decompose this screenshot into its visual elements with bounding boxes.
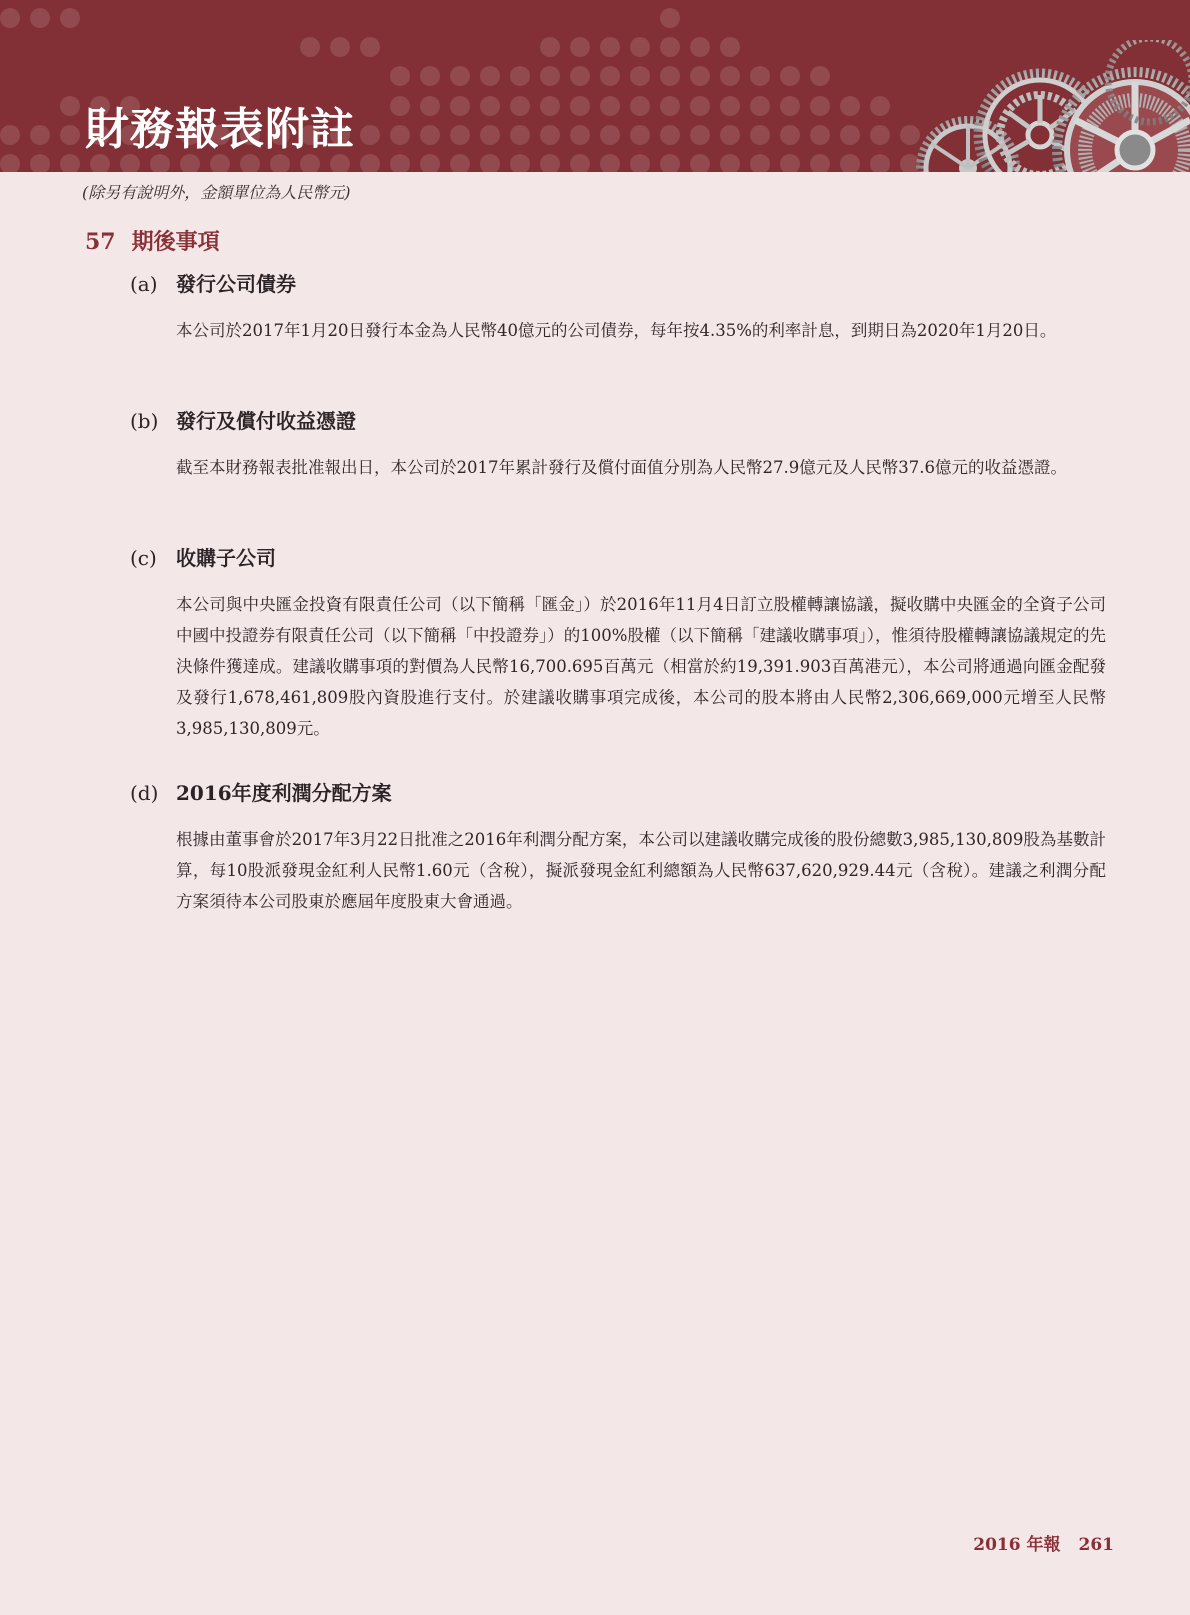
subsection-heading: (a) 發行公司債券 xyxy=(130,268,1110,297)
currency-unit-note: (除另有說明外，金額單位為人民幣元) xyxy=(82,180,351,203)
subsection-b: (b) 發行及償付收益憑證 截至本財務報表批准報出日，本公司於2017年累計發行… xyxy=(130,405,1110,483)
annual-report-label: 2016 年報 xyxy=(973,1535,1060,1555)
subsection-c: (c) 收購子公司 本公司與中央匯金投資有限責任公司（以下簡稱「匯金」）於201… xyxy=(130,542,1110,744)
subsection-body: 根據由董事會於2017年3月22日批准之2016年利潤分配方案，本公司以建議收購… xyxy=(176,824,1106,917)
subsection-a: (a) 發行公司債券 本公司於2017年1月20日發行本金為人民幣40億元的公司… xyxy=(130,268,1110,346)
subsection-title: 發行公司債券 xyxy=(176,268,296,297)
subsection-heading: (c) 收購子公司 xyxy=(130,542,1110,571)
subsection-label: (c) xyxy=(130,546,176,570)
subsection-heading: (d) 2016年度利潤分配方案 xyxy=(130,777,1110,806)
section-title: 期後事項 xyxy=(132,229,220,255)
page-title: 財務報表附註 xyxy=(85,108,355,152)
page-number: 261 xyxy=(1079,1535,1115,1555)
subsection-title: 收購子公司 xyxy=(176,542,276,571)
subsection-d: (d) 2016年度利潤分配方案 根據由董事會於2017年3月22日批准之201… xyxy=(130,777,1110,917)
page-header-banner: 財務報表附註 xyxy=(0,0,1190,172)
subsection-body: 截至本財務報表批准報出日，本公司於2017年累計發行及償付面值分別為人民幣27.… xyxy=(176,452,1106,483)
subsection-body: 本公司與中央匯金投資有限責任公司（以下簡稱「匯金」）於2016年11月4日訂立股… xyxy=(176,589,1106,744)
subsection-heading: (b) 發行及償付收益憑證 xyxy=(130,405,1110,434)
subsection-label: (d) xyxy=(130,781,176,805)
page-footer: 2016 年報261 xyxy=(973,1530,1114,1555)
subsection-label: (b) xyxy=(130,409,176,433)
section-heading: 57期後事項 xyxy=(85,225,220,256)
subsection-body: 本公司於2017年1月20日發行本金為人民幣40億元的公司債券，每年按4.35%… xyxy=(176,315,1106,346)
subsection-title: 2016年度利潤分配方案 xyxy=(176,777,392,806)
subsection-title: 發行及償付收益憑證 xyxy=(176,405,356,434)
section-number: 57 xyxy=(85,229,116,255)
gears-illustration-icon xyxy=(910,40,1190,172)
subsection-label: (a) xyxy=(130,272,176,296)
